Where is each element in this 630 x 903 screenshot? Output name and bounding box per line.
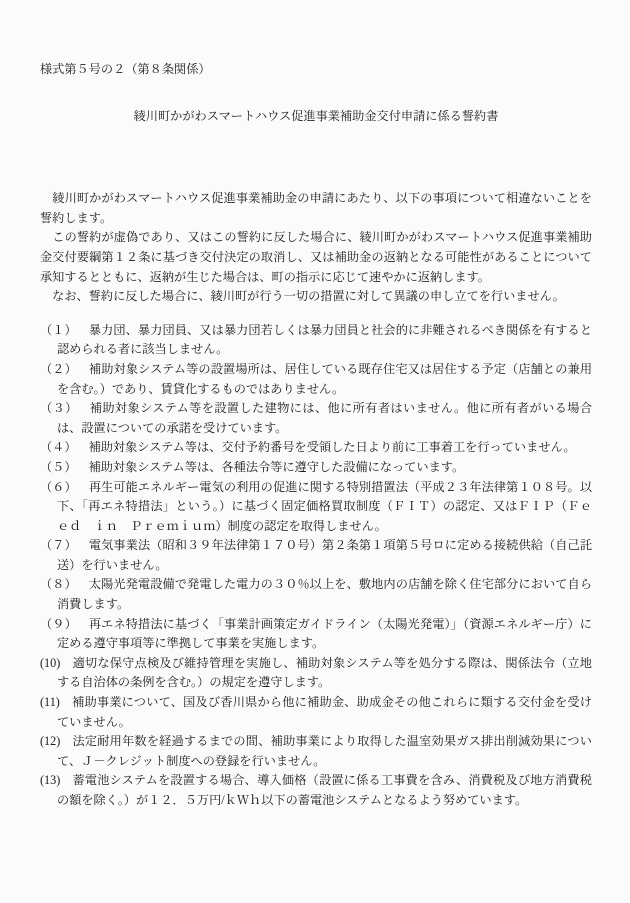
intro-paragraph-2: この誓約が虚偽であり、又はこの誓約に反した場合に、綾川町かがわスマートハウス促進…: [40, 228, 592, 287]
item-number: (12): [40, 734, 60, 748]
item-number: （４）: [40, 440, 77, 454]
item-number: (10): [40, 656, 60, 670]
pledge-item-8: （８）太陽光発電設備で発電した電力の３０％以上を、敷地内の店舗を除く住宅部分にお…: [40, 575, 592, 614]
document-title: 綾川町かがわスマートハウス促進事業補助金交付申請に係る誓約書: [40, 107, 592, 127]
item-text: 再エネ特措法に基づく「事業計画策定ガイドライン（太陽光発電）」（資源エネルギー庁…: [57, 617, 592, 651]
pledge-item-13: (13)蓄電池システムを設置する場合、導入価格（設置に係る工事費を含み、消費税及…: [40, 771, 592, 810]
intro-paragraph-1: 綾川町かがわスマートハウス促進事業補助金の申請にあたり、以下の事項について相違な…: [40, 189, 592, 228]
item-text: 補助対象システム等は、交付予約番号を受領した日より前に工事着工を行っていません。: [89, 440, 576, 454]
item-text: 暴力団、暴力団員、又は暴力団若しくは暴力団員と社会的に非難されるべき関係を有する…: [57, 323, 592, 357]
item-number: (11): [40, 695, 60, 709]
item-number: (13): [40, 773, 60, 787]
item-number: （３）: [40, 401, 78, 415]
item-text: 補助事業について、国及び香川県から他に補助金、助成金その他これらに類する交付金を…: [57, 695, 592, 729]
form-number-label: 様式第５号の２（第８条関係）: [40, 60, 592, 80]
item-text: 太陽光発電設備で発電した電力の３０％以上を、敷地内の店舗を除く住宅部分において自…: [57, 577, 592, 611]
document-page: 様式第５号の２（第８条関係） 綾川町かがわスマートハウス促進事業補助金交付申請に…: [0, 0, 630, 903]
item-number: （７）: [40, 538, 77, 552]
pledge-item-10: (10)適切な保守点検及び維持管理を実施し、補助対象システム等を処分する際は、関…: [40, 654, 592, 693]
pledge-item-5: （５）補助対象システム等は、各種法令等に遵守した設備になっています。: [40, 458, 592, 478]
pledge-item-4: （４）補助対象システム等は、交付予約番号を受領した日より前に工事着工を行っていま…: [40, 438, 592, 458]
item-text: 法定耐用年数を経過するまでの間、補助事業により取得した温室効果ガス排出削減効果に…: [57, 734, 592, 768]
item-number: （２）: [40, 362, 77, 376]
item-number: （９）: [40, 617, 77, 631]
pledge-item-2: （２）補助対象システム等の設置場所は、居住している既存住宅又は居住する予定（店舗…: [40, 360, 592, 399]
pledge-item-3: （３）補助対象システム等を設置した建物には、他に所有者はいません。他に所有者がい…: [40, 399, 592, 438]
intro-section: 綾川町かがわスマートハウス促進事業補助金の申請にあたり、以下の事項について相違な…: [40, 189, 592, 307]
item-text: 蓄電池システムを設置する場合、導入価格（設置に係る工事費を含み、消費税及び地方消…: [57, 773, 592, 807]
pledge-item-list: （１）暴力団、暴力団員、又は暴力団若しくは暴力団員と社会的に非難されるべき関係を…: [40, 321, 592, 811]
item-text: 補助対象システム等は、各種法令等に遵守した設備になっています。: [89, 460, 465, 474]
item-text: 補助対象システム等を設置した建物には、他に所有者はいません。他に所有者がいる場合…: [57, 401, 592, 435]
item-number: （６）: [40, 480, 77, 494]
pledge-item-9: （９）再エネ特措法に基づく「事業計画策定ガイドライン（太陽光発電）」（資源エネル…: [40, 615, 592, 654]
item-number: （５）: [40, 460, 77, 474]
item-number: （１）: [40, 323, 77, 337]
item-number: （８）: [40, 577, 77, 591]
pledge-item-12: (12)法定耐用年数を経過するまでの間、補助事業により取得した温室効果ガス排出削…: [40, 732, 592, 771]
intro-paragraph-3: なお、誓約に反した場合に、綾川町が行う一切の措置に対して異議の申し立てを行いませ…: [40, 287, 592, 307]
pledge-item-6: （６）再生可能エネルギー電気の利用の促進に関する特別措置法（平成２３年法律第１０…: [40, 478, 592, 537]
item-text: 電気事業法（昭和３９年法律第１７０号）第２条第１項第５号ロに定める接続供給（自己…: [57, 538, 592, 572]
pledge-item-11: (11)補助事業について、国及び香川県から他に補助金、助成金その他これらに類する…: [40, 693, 592, 732]
item-text: 適切な保守点検及び維持管理を実施し、補助対象システム等を処分する際は、関係法令（…: [57, 656, 592, 690]
pledge-item-7: （７）電気事業法（昭和３９年法律第１７０号）第２条第１項第５号ロに定める接続供給…: [40, 536, 592, 575]
item-text: 再生可能エネルギー電気の利用の促進に関する特別措置法（平成２３年法律第１０８号。…: [57, 480, 592, 533]
pledge-item-1: （１）暴力団、暴力団員、又は暴力団若しくは暴力団員と社会的に非難されるべき関係を…: [40, 321, 592, 360]
item-text: 補助対象システム等の設置場所は、居住している既存住宅又は居住する予定（店舗との兼…: [57, 362, 592, 396]
